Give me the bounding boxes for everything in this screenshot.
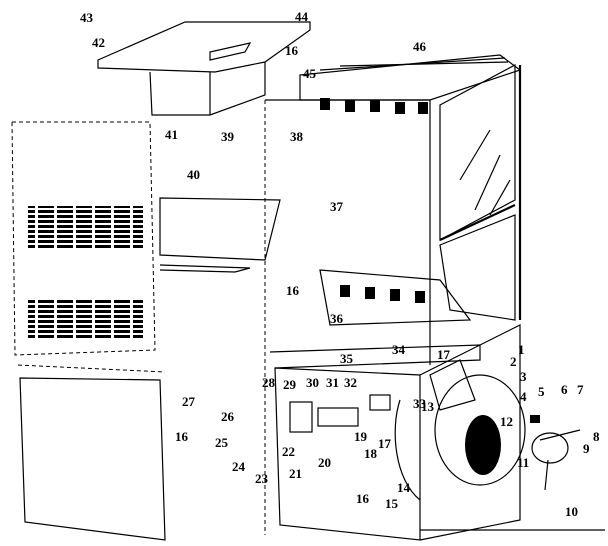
callout-43: 43 [80, 11, 93, 24]
callout-16-left: 16 [175, 430, 188, 443]
callout-17-low: 17 [378, 437, 391, 450]
callout-35: 35 [340, 352, 353, 365]
callout-14: 14 [397, 481, 410, 494]
callout-9: 9 [583, 442, 590, 455]
callout-20: 20 [318, 456, 331, 469]
callout-36: 36 [330, 312, 343, 325]
callout-22: 22 [282, 445, 295, 458]
cabinet-body [265, 100, 605, 540]
furnace-parts-diagram: 43 44 42 16 46 45 41 39 38 40 37 16 36 3… [0, 0, 608, 546]
callout-42: 42 [92, 36, 105, 49]
callout-17-top: 17 [437, 348, 450, 361]
top-cap-part [98, 22, 310, 115]
callout-7: 7 [577, 383, 584, 396]
callout-29: 29 [283, 378, 296, 391]
callout-38: 38 [290, 130, 303, 143]
callout-27: 27 [182, 395, 195, 408]
callout-45: 45 [303, 67, 316, 80]
callout-15: 15 [385, 497, 398, 510]
callout-6: 6 [561, 383, 568, 396]
callout-1: 1 [518, 343, 525, 356]
callout-12: 12 [500, 415, 513, 428]
lower-louvers [28, 300, 143, 340]
callout-40: 40 [187, 168, 200, 181]
callout-10: 10 [565, 505, 578, 518]
filter-tray-part [160, 198, 280, 272]
callout-18: 18 [364, 447, 377, 460]
callout-16-mid: 16 [286, 284, 299, 297]
callout-24: 24 [232, 460, 245, 473]
callout-34: 34 [392, 343, 405, 356]
callout-19: 19 [354, 430, 367, 443]
callout-4: 4 [520, 390, 527, 403]
heat-exchanger [300, 55, 520, 320]
callout-11: 11 [517, 456, 529, 469]
callout-16-top: 16 [285, 44, 298, 57]
callout-16-bottom: 16 [356, 492, 369, 505]
callout-44: 44 [295, 10, 308, 23]
callout-26: 26 [221, 410, 234, 423]
callout-39: 39 [221, 130, 234, 143]
callout-33: 33 [413, 397, 426, 410]
lower-door-part [18, 365, 165, 540]
callout-37: 37 [330, 200, 343, 213]
controls [290, 395, 390, 432]
callout-41: 41 [165, 128, 178, 141]
callout-30: 30 [306, 376, 319, 389]
callout-28: 28 [262, 376, 275, 389]
blower-assembly [395, 360, 525, 500]
callout-25: 25 [215, 436, 228, 449]
callout-32: 32 [344, 376, 357, 389]
callout-46: 46 [413, 40, 426, 53]
callout-5: 5 [538, 385, 545, 398]
callout-23: 23 [255, 472, 268, 485]
callout-31: 31 [326, 376, 339, 389]
upper-front-panel [12, 122, 155, 355]
callout-3: 3 [520, 370, 527, 383]
callout-21: 21 [289, 467, 302, 480]
callout-8: 8 [593, 430, 600, 443]
callout-2: 2 [510, 355, 517, 368]
blower-motor [530, 415, 580, 490]
upper-louvers [28, 206, 143, 250]
